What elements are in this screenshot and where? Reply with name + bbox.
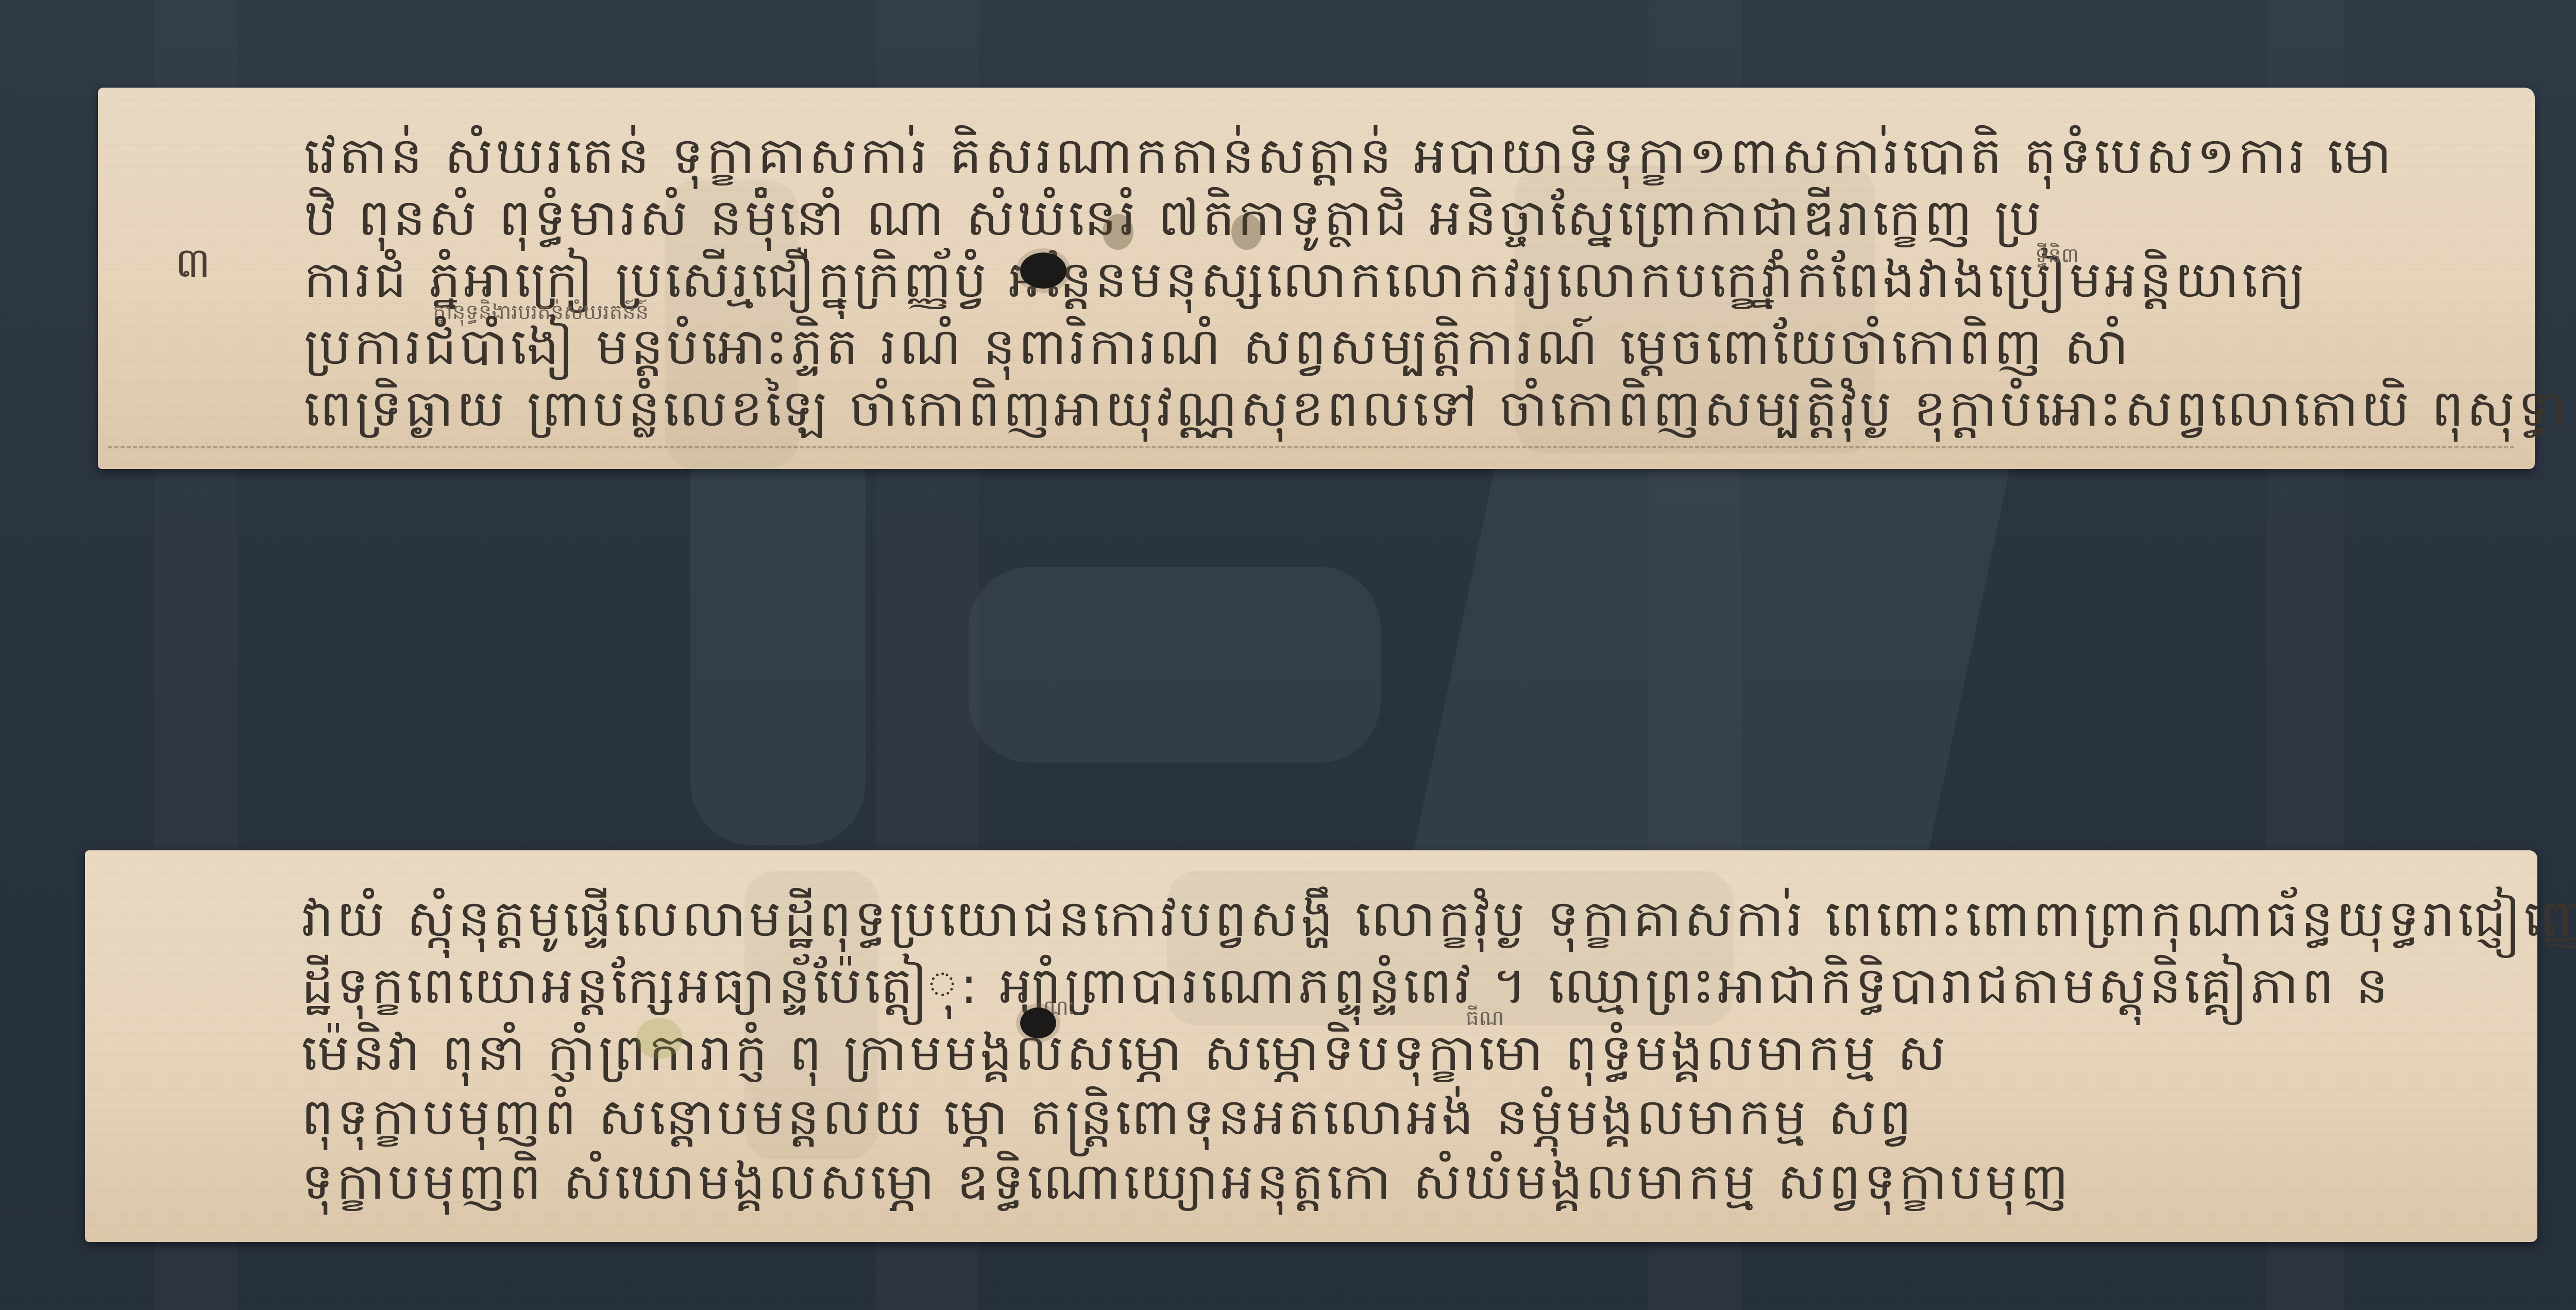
page-number: ៣ (175, 237, 210, 297)
marginal-annotation: ទ្វីនិ៣ (2035, 242, 2079, 273)
text-line-2: ដ្ឋីទុក្ខពេយោអន្តក្សែអធ្យាន្ទ័ប៉ែត្ដៀុ: … (301, 953, 2391, 1028)
ink-stain (1103, 214, 1133, 250)
stain (636, 1018, 683, 1059)
text-line-1: វាយំ ស្កុំនុត្តមូផ្ទើលេលាមដ្ឋីពុទ្ធប្រយោ… (301, 886, 2576, 961)
text-line-5: ទុក្ខាបមុញពិ សំឃោមង្គលសម្ភោ ឧទ្ធិណោយ្យោអ… (301, 1149, 2072, 1223)
palm-leaf-bottom: វាយំ ស្កុំនុត្តមូផ្ទើលេលាមដ្ឋីពុទ្ធប្រយោ… (85, 850, 2537, 1242)
text-line-5: ពេទ្រិធ្ងាយ ព្រាបន្លំលេខឡៃ ចាំកោពិញអាយុវ… (304, 376, 2569, 450)
ink-stain (1231, 214, 1262, 250)
text-line-4: ពុទុក្ខាបមុញពំ សន្តោបមន្តលយ ម្ភោ តន្ត្រិ… (301, 1085, 1914, 1159)
binding-hole (1020, 253, 1066, 289)
watermark-shape (969, 567, 1381, 763)
binding-hole (1020, 1007, 1056, 1038)
palm-leaf-top: ៣ វេតាន់ សំឃរតេន់ ទុក្ខាគាសការ់ គិសរណាកត… (98, 88, 2535, 469)
frayed-edge (108, 446, 2514, 454)
text-line-3: ម៉េនិវា ពុនាំ ក្ញាំព្រការាក្ញំ ពុ ក្រាមម… (301, 1020, 1948, 1095)
